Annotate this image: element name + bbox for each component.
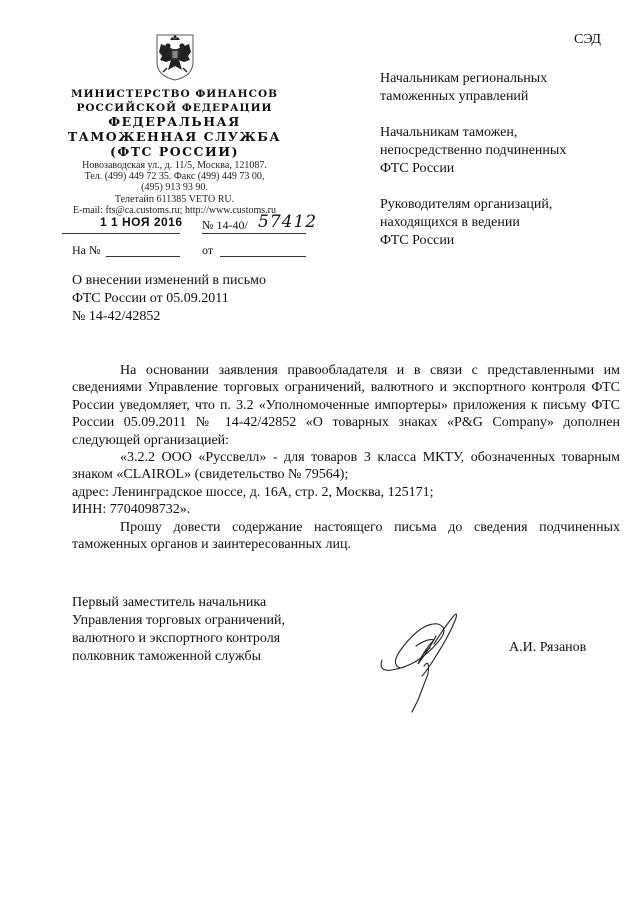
service-line: ФЕДЕРАЛЬНАЯ xyxy=(62,114,287,129)
signatory-name: А.И. Рязанов xyxy=(509,640,586,656)
addressee-group: Руководителям организаций, находящихся в… xyxy=(380,196,620,250)
contact-teletype: Телетайп 611385 VETO RU. xyxy=(62,194,287,205)
signatory-title-line: валютного и экспортного контроля xyxy=(72,630,332,648)
addressee-line: Руководителям организаций, xyxy=(380,196,620,214)
letter-body: На основании заявления правообладателя и… xyxy=(72,362,620,553)
signatory-title-line: полковник таможенной службы xyxy=(72,648,332,666)
registration-number-handwritten: 57412 xyxy=(258,212,317,232)
ministry-line: РОССИЙСКОЙ ФЕДЕРАЦИИ xyxy=(62,101,287,115)
addressee-line: ФТС России xyxy=(380,232,620,250)
addressee-line: Начальникам таможен, xyxy=(380,124,620,142)
reference-number-blank xyxy=(106,256,180,257)
registration-row: 1 1 НОЯ 2016 № 14-40/ 57412 xyxy=(72,215,332,235)
body-paragraph-organization: «3.2.2 ООО «Руссвелл» - для товаров 3 кл… xyxy=(72,449,620,484)
coat-of-arms-icon xyxy=(153,32,197,82)
ministry-name: МИНИСТЕРСТВО ФИНАНСОВ РОССИЙСКОЙ ФЕДЕРАЦ… xyxy=(62,87,287,115)
signatory-title-line: Первый заместитель начальника xyxy=(72,594,332,612)
registration-date: 1 1 НОЯ 2016 xyxy=(100,215,183,229)
sed-stamp: СЭД xyxy=(574,32,601,48)
reference-row: На № от xyxy=(72,243,332,261)
addressee-line: Начальникам региональных xyxy=(380,70,620,88)
addressee-line: ФТС России xyxy=(380,160,620,178)
addressees: Начальникам региональных таможенных упра… xyxy=(380,70,620,268)
subject-line: ФТС России от 05.09.2011 xyxy=(72,290,312,308)
reference-date-label: от xyxy=(202,243,213,258)
addressee-line: непосредственно подчиненных xyxy=(380,142,620,160)
contact-phone: Тел. (499) 449 72 35. Факс (499) 449 73 … xyxy=(62,171,287,182)
service-line: (ФТС РОССИИ) xyxy=(62,144,287,159)
handwritten-signature-icon xyxy=(378,600,488,715)
body-paragraph-notification: На основании заявления правообладателя и… xyxy=(72,362,620,449)
number-underline xyxy=(202,233,306,234)
signatory-title-line: Управления торговых ограничений, xyxy=(72,612,332,630)
contact-address: Новозаводская ул., д. 11/5, Москва, 1210… xyxy=(62,160,287,171)
subject-line: О внесении изменений в письмо xyxy=(72,272,312,290)
contact-phone-2: (495) 913 93 90. xyxy=(62,182,287,193)
registration-number-label: № 14-40/ xyxy=(202,218,248,233)
date-underline xyxy=(62,233,180,234)
ministry-line: МИНИСТЕРСТВО ФИНАНСОВ xyxy=(62,87,287,101)
addressee-line: таможенных управлений xyxy=(380,88,620,106)
reference-date-blank xyxy=(220,256,306,257)
reference-number-label: На № xyxy=(72,243,100,258)
body-address-line: адрес: Ленинградское шоссе, д. 16А, стр.… xyxy=(72,484,620,501)
body-inn-line: ИНН: 7704098732». xyxy=(72,501,620,518)
service-line: ТАМОЖЕННАЯ СЛУЖБА xyxy=(62,129,287,144)
body-paragraph-request: Прошу довести содержание настоящего пись… xyxy=(72,519,620,554)
letter-subject: О внесении изменений в письмо ФТС России… xyxy=(72,272,312,326)
addressee-group: Начальникам региональных таможенных упра… xyxy=(380,70,620,106)
signatory-title: Первый заместитель начальника Управления… xyxy=(72,594,332,666)
contact-info: Новозаводская ул., д. 11/5, Москва, 1210… xyxy=(62,160,287,216)
service-name: ФЕДЕРАЛЬНАЯ ТАМОЖЕННАЯ СЛУЖБА (ФТС РОССИ… xyxy=(62,114,287,159)
addressee-line: находящихся в ведении xyxy=(380,214,620,232)
subject-line: № 14-42/42852 xyxy=(72,308,312,326)
addressee-group: Начальникам таможен, непосредственно под… xyxy=(380,124,620,178)
